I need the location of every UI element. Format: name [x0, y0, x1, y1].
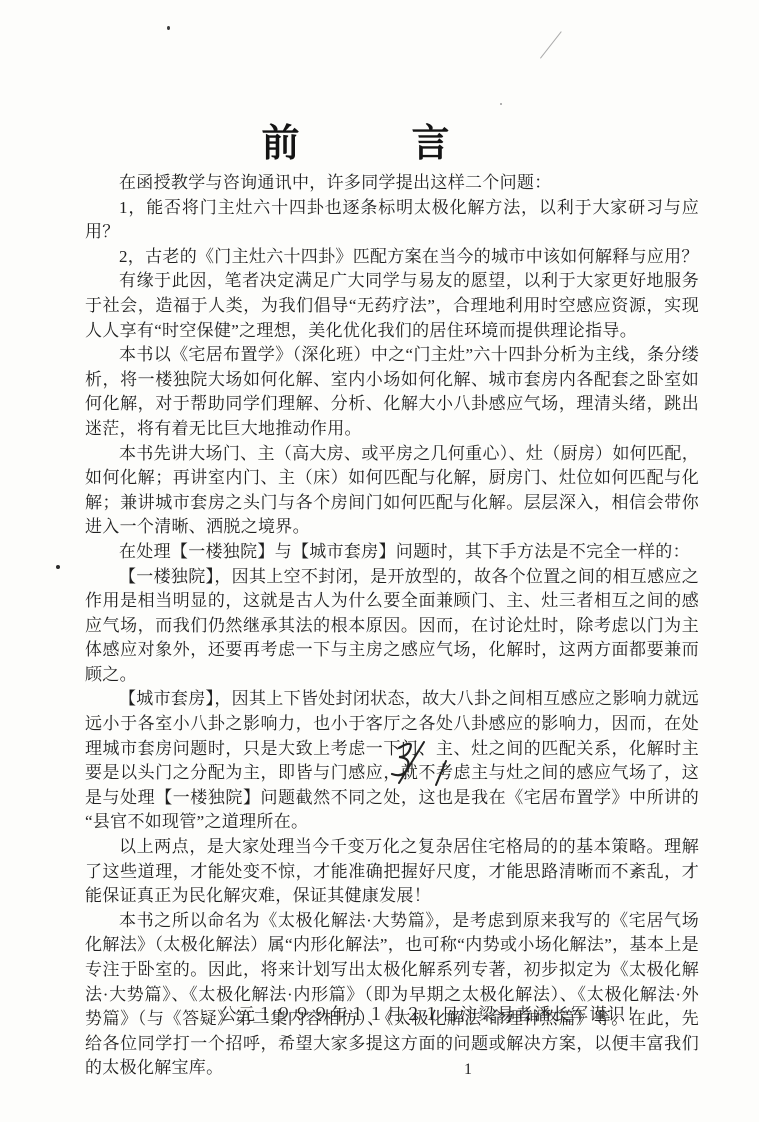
page-title-char-2: 言 — [412, 112, 450, 167]
scanned-book-page: 前 言 在函授教学与咨询通讯中，许多同学提出这样二个问题： 1，能否将门主灶六十… — [0, 0, 759, 1122]
body-paragraph: 【一楼独院】，因其上空不封闭，是开放型的，故各个位置之间的相互感应之作用是相当明… — [85, 565, 699, 688]
scan-speckle — [500, 103, 502, 105]
page-number: 1 — [464, 1061, 472, 1079]
scan-speckle — [167, 26, 170, 30]
scan-speckle — [56, 565, 60, 569]
handwritten-correction-mark — [383, 733, 463, 795]
signature-line: 公元１９９９年１１月２１日汴梁易者潘长军谨识！ — [85, 1000, 699, 1025]
scan-scratch-mark — [540, 31, 562, 58]
body-paragraph: 在函授教学与咨询通讯中，许多同学提出这样二个问题： — [85, 171, 699, 196]
body-paragraph: 本书以《宅居布置学》（深化班）中之“门主灶”六十四卦分析为主线，条分缕析，将一楼… — [85, 343, 699, 441]
body-paragraph: 以上两点，是大家处理当今千变万化之复杂居住宅格局的的基本策略。理解了这些道理，才… — [85, 835, 699, 909]
body-paragraph: 有缘于此因，笔者决定满足广大同学与易友的愿望，以利于大家更好地服务于社会，造福于… — [85, 269, 699, 343]
body-paragraph: 1，能否将门主灶六十四卦也逐条标明太极化解方法，以利于大家研习与应用？ — [85, 196, 699, 245]
body-paragraph: 本书先讲大场门、主（高大房、或平房之几何重心）、灶（厨房）如何匹配，如何化解；再… — [85, 442, 699, 540]
body-paragraph: 本书之所以命名为《太极化解法·大势篇》，是考虑到原来我写的《宅居气场化解法》（太… — [85, 909, 699, 1081]
page-title-char-1: 前 — [261, 112, 299, 167]
body-paragraph: 在处理【一楼独院】与【城市套房】问题时，其下手方法是不完全一样的： — [85, 540, 699, 565]
body-paragraph: 2，古老的《门主灶六十四卦》匹配方案在当今的城市中该如何解释与应用？ — [85, 245, 699, 270]
foreword-body: 在函授教学与咨询通讯中，许多同学提出这样二个问题： 1，能否将门主灶六十四卦也逐… — [85, 171, 699, 1081]
page-title: 前 言 — [85, 112, 698, 167]
